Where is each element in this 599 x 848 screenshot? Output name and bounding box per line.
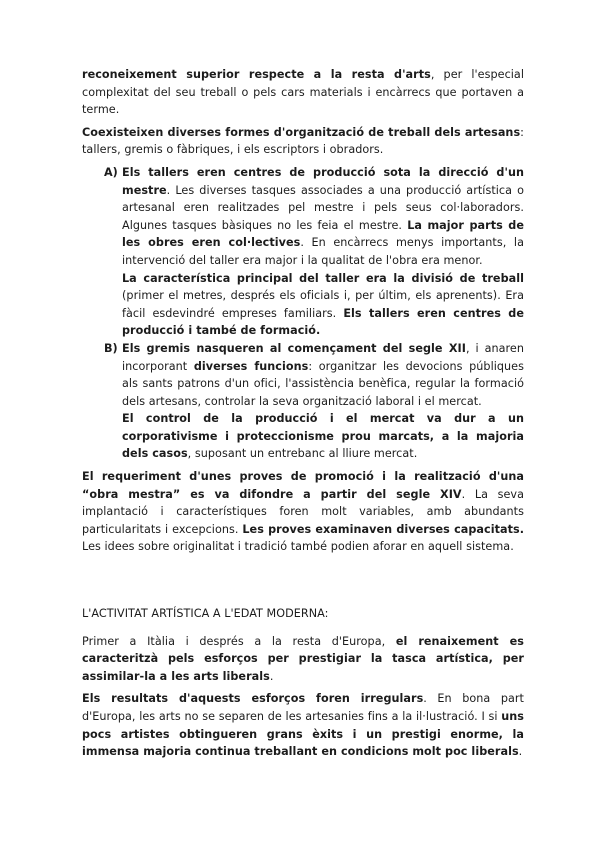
paragraph-obra-mestra: El requeriment d'unes proves de promoció… [82,468,524,556]
paragraph-resultats: Els resultats d'aquests esforços foren i… [82,690,524,760]
list-paragraph: Els gremis nasqueren al començament del … [122,340,524,410]
paragraph-renaixement: Primer a Itàlia i després a la resta d'E… [82,633,524,686]
list-item-tallers: A) Els tallers eren centres de producció… [82,164,524,340]
paragraph-work-organization: Coexisteixen diverses formes d'organitza… [82,124,524,159]
section-heading: L'ACTIVITAT ARTÍSTICA A L'EDAT MODERNA: [82,605,524,623]
list-paragraph: El control de la producció i el mercat v… [122,410,524,463]
list-marker: A) [104,164,118,182]
list-marker: B) [104,340,118,358]
paragraph-intro-continuation: reconeixement superior respecte a la res… [82,66,524,119]
list-item-gremis: B) Els gremis nasqueren al començament d… [82,340,524,463]
document-page: reconeixement superior respecte a la res… [82,66,524,765]
list-paragraph: Els tallers eren centres de producció so… [122,164,524,270]
list-paragraph: La característica principal del taller e… [122,270,524,340]
organization-list: A) Els tallers eren centres de producció… [82,164,524,463]
